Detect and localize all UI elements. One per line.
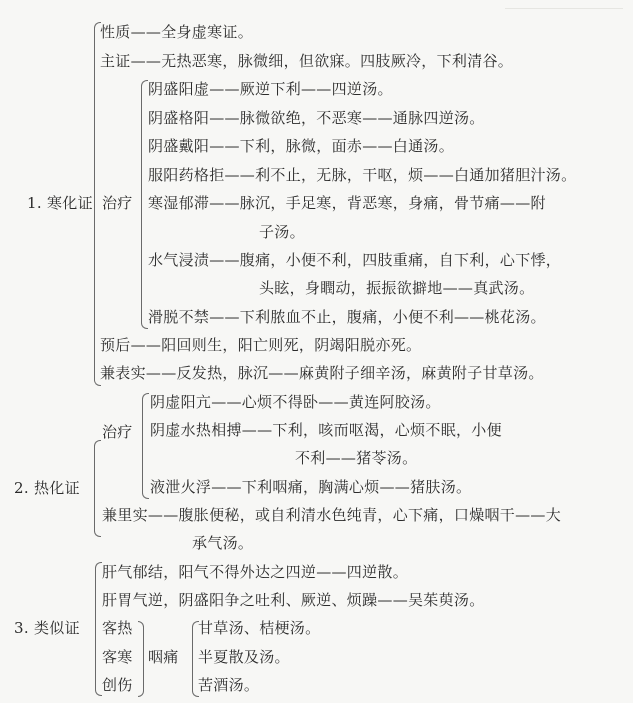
treatment-item-continuation: 子汤。: [259, 222, 305, 242]
section-label: 1. 寒化证: [27, 193, 93, 213]
treatment-item: 阴盛格阳——脉微欲绝，不恶寒——通脉四逆汤。: [148, 108, 485, 128]
page-edge-line: [505, 8, 623, 9]
remedy-item: 半夏散及汤。: [198, 647, 290, 667]
treatment-item: 阴虚水热相搏——下利，咳而呕渴，心烦不眠，小便: [150, 420, 502, 440]
treatment-item: 液泄火浮——下利咽痛，胸满心烦——猪肤汤。: [150, 477, 471, 497]
section-label: 2. 热化证: [14, 478, 80, 498]
treatment-item: 阴盛阳虚——厥逆下利——四逆汤。: [148, 79, 393, 99]
treatment-item-continuation: 不利——猪苓汤。: [295, 448, 417, 468]
interior-excess-line: 兼里实——腹胀便秘，或自利清水色纯青，心下痛，口燥咽干——大: [102, 505, 561, 525]
section-label: 3. 类似证: [14, 618, 80, 638]
interior-excess-continuation: 承气汤。: [192, 533, 253, 553]
brace-bracket: [95, 562, 102, 696]
prognosis-line: 预后——阳回则生，阳亡则死，阴竭阳脱亦死。: [100, 335, 421, 355]
treatment-item: 寒湿郁滞——脉沉，手足寒，背恶寒，身痛，骨节痛——附: [148, 193, 546, 213]
remedy-item: 苦酒汤。: [198, 675, 259, 695]
similar-item: 肝胃气逆，阴盛阳争之吐利、厥逆、烦躁——吴茱萸汤。: [102, 590, 485, 610]
brace-bracket: [141, 80, 148, 329]
treatment-item: 滑脱不禁——下利脓血不止，腹痛，小便不利——桃花汤。: [148, 307, 546, 327]
nature-line: 性质——全身虚寒证。: [100, 22, 253, 42]
similar-item: 肝气郁结，阳气不得外达之四逆——四逆散。: [102, 562, 408, 582]
remedy-item: 甘草汤、桔梗汤。: [198, 618, 320, 638]
treatment-item: 服阳药格拒——利不止，无脉，干呕，烦——白通加猪胆汁汤。: [148, 165, 576, 185]
brace-bracket: [94, 440, 101, 537]
symptom-label: 咽痛: [148, 647, 179, 667]
cause-item: 客热: [102, 618, 133, 638]
treatment-label: 治疗: [102, 193, 133, 213]
treatment-item: 水气浸渍——腹痛，小便不利，四肢重痛，自下利，心下悸，: [148, 250, 561, 270]
cause-item: 创伤: [102, 675, 133, 695]
main-symptom-line: 主证——无热恶寒，脉微细，但欲寐。四肢厥冷，下利清谷。: [100, 51, 513, 71]
brace-bracket: [94, 22, 101, 386]
exterior-excess-line: 兼表实——反发热，脉沉——麻黄附子细辛汤，麻黄附子甘草汤。: [100, 363, 544, 383]
treatment-item: 阴盛戴阳——下利，脉微，面赤——白通汤。: [148, 136, 454, 156]
treatment-item: 阴虚阳亢——心烦不得卧——黄连阿胶汤。: [150, 392, 441, 412]
treatment-label: 治疗: [102, 422, 133, 442]
cause-item: 客寒: [102, 647, 133, 667]
treatment-item-continuation: 头眩，身瞤动，振振欲擗地——真武汤。: [259, 278, 534, 298]
brace-bracket-right: [138, 621, 144, 697]
brace-bracket: [142, 393, 149, 499]
